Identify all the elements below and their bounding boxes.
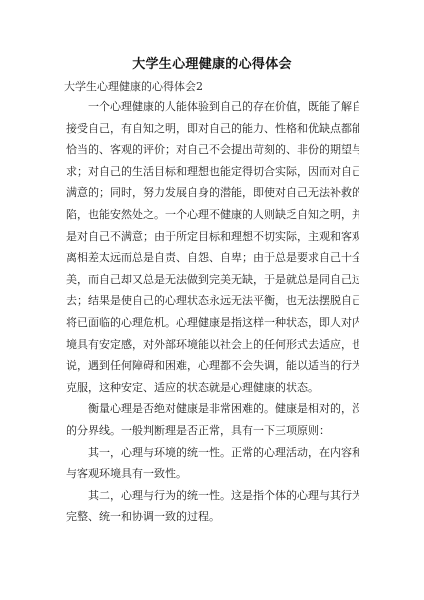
document-body: 一个心理健康的人能体验到自己的存在价值，既能了解自己，又 接受自己，有自知之明，… xyxy=(66,96,359,528)
text-line: 说，遇到任何障碍和困难，心理都不会失调，能以适当的行为予以 xyxy=(66,355,359,377)
text-line: 境具有安定感，对外部环境能以社会上的任何形式去适应，也就是 xyxy=(66,334,359,356)
paragraph-1: 一个心理健康的人能体验到自己的存在价值，既能了解自己，又 接受自己，有自知之明，… xyxy=(66,96,359,398)
text-line: 其一，心理与环境的统一性。正常的心理活动，在内容和形式上 xyxy=(66,442,359,464)
text-line: 将已面临的心理危机。心理健康是指这样一种状态，即人对内部环 xyxy=(66,312,359,334)
text-line: 克服，这种安定、适应的状态就是心理健康的状态。 xyxy=(66,377,359,399)
paragraph-3: 其一，心理与环境的统一性。正常的心理活动，在内容和形式上 与客观环境具有一致性。 xyxy=(66,442,359,485)
text-line: 的分界线。一般判断理是否正常，具有一下三项原则： xyxy=(66,420,359,442)
text-line: 恰当的、客观的评价；对自己不会提出苛刻的、非份的期望与要 xyxy=(66,139,359,161)
text-line: 去；结果是使自己的心理状态永远无法平衡，也无法摆脱自己感到 xyxy=(66,290,359,312)
text-line: 其二，心理与行为的统一性。这是指个体的心理与其行为是一个 xyxy=(66,485,359,507)
text-line: 求；对自己的生活目标和理想也能定得切合实际，因而对自己总是 xyxy=(66,161,359,183)
document-title: 大学生心理健康的心得体会 xyxy=(0,57,424,73)
text-line: 一个心理健康的人能体验到自己的存在价值，既能了解自己，又 xyxy=(66,96,359,118)
paragraph-2: 衡量心理是否绝对健康是非常困难的。健康是相对的，没有绝对 的分界线。一般判断理是… xyxy=(66,398,359,441)
text-line: 完整、统一和协调一致的过程。 xyxy=(66,506,359,528)
text-line: 接受自己，有自知之明，即对自己的能力、性格和优缺点都能作出 xyxy=(66,118,359,140)
document-page: 大学生心理健康的心得体会 大学生心理健康的心得体会2 一个心理健康的人能体验到自… xyxy=(0,0,424,600)
text-line: 是对自己不满意；由于所定目标和理想不切实际，主观和客观的距 xyxy=(66,226,359,248)
text-line: 满意的；同时，努力发展自身的潜能，即使对自己无法补救的缺 xyxy=(66,182,359,204)
text-line: 与客观环境具有一致性。 xyxy=(66,463,359,485)
text-line: 陷，也能安然处之。一个心理不健康的人则缺乏自知之明，并且总 xyxy=(66,204,359,226)
text-line: 离相差太远而总是自责、自怨、自卑；由于总是要求自己十全十 xyxy=(66,247,359,269)
paragraph-4: 其二，心理与行为的统一性。这是指个体的心理与其行为是一个 完整、统一和协调一致的… xyxy=(66,485,359,528)
text-line: 美，而自己却又总是无法做到完美无缺，于是就总是同自己过不 xyxy=(66,269,359,291)
document-subtitle: 大学生心理健康的心得体会2 xyxy=(64,80,203,94)
text-line: 衡量心理是否绝对健康是非常困难的。健康是相对的，没有绝对 xyxy=(66,398,359,420)
